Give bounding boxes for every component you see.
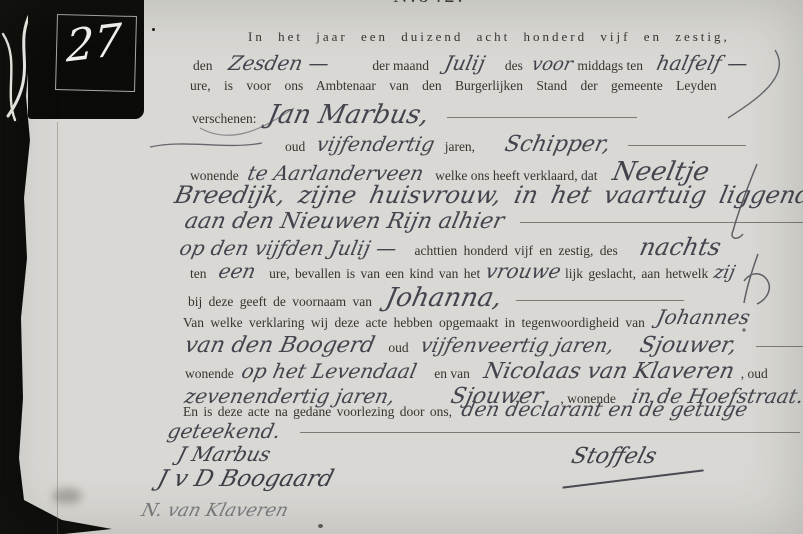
printed-jaren: jaren, [445, 139, 475, 154]
blank-fill-rule [447, 117, 637, 118]
hw-day: Zesden — [226, 52, 331, 74]
ink-dot-bottom [318, 524, 323, 528]
line-witnesses-intro: Van welke verklaring wij deze acte hebbe… [183, 309, 750, 332]
signature-declarant: J Marbus [175, 442, 274, 466]
printed-voorlezing: En is deze acte na gedane voorlezing doo… [183, 404, 452, 419]
printed-den: den [193, 58, 213, 73]
printed-middags-ten: middags ten [577, 58, 643, 73]
signature-witness-1: J v D Boogaard [155, 466, 337, 492]
ink-dot [152, 28, 155, 31]
hw-birth-day: op den vijfden Julij — [178, 237, 399, 259]
line-birth-hour-gender: ten een ure, bevallen is van een kind va… [190, 260, 735, 283]
printed-oud: oud [285, 139, 305, 154]
line-declarant-age: oud vijfendertig jaren, Schipper, [285, 133, 746, 157]
printed-oud3: , oud [741, 366, 768, 381]
act-number-block: 27 [28, 0, 144, 119]
printed-opening: In het jaar een duizend acht honderd vij… [248, 29, 730, 44]
line-registrar: ure, is voor ons Ambtenaar van den Burge… [190, 79, 717, 94]
page-fold-line [57, 122, 58, 534]
hw-declarant-getuige: den declarant en de getuige [460, 398, 750, 420]
flourish-voornaam-icon [744, 254, 769, 304]
line-closing: En is deze acte na gedane voorlezing doo… [183, 398, 748, 421]
hw-birthplace: aan den Nieuwen Rijn alhier [182, 210, 506, 234]
ink-smudge [52, 488, 82, 504]
hw-nachts: nachts [637, 234, 723, 260]
hw-witness1-surname: van den Boogerd [182, 334, 376, 358]
printed-ten: ten [190, 266, 207, 281]
blank-fill-rule [520, 222, 803, 223]
hw-voor: voor [530, 55, 575, 75]
clipped-page-number: N.842. [393, 0, 523, 8]
printed-des: des [505, 58, 523, 73]
blank-fill-rule [300, 432, 800, 433]
flourish-left-dash-icon [150, 143, 262, 147]
line-opening: In het jaar een duizend acht honderd vij… [248, 30, 730, 44]
line-date: den Zesden — der maand Julij des voor mi… [193, 52, 748, 75]
blank-fill-rule [628, 145, 746, 146]
line-declarant-name: verschenen: Jan Marbus, [192, 101, 637, 130]
line-geteekend: geteekend. [168, 420, 800, 443]
signature-registrar: Stoffels [569, 444, 660, 469]
printed-bevallen: ure, bevallen is van een kind van het [269, 266, 480, 281]
printed-verschenen: verschenen: [192, 111, 256, 126]
hw-witness1-occupation: Sjouwer, [637, 334, 738, 358]
hw-hour-of-birth: een [216, 260, 257, 282]
blank-fill-rule [516, 300, 684, 301]
line-birthplace: aan den Nieuwen Rijn alhier [185, 210, 803, 234]
printed-voornaam: bij deze geeft de voornaam van [188, 294, 372, 309]
signature-witness-2: N. van Klaveren [139, 500, 291, 521]
hw-geteekend: geteekend. [166, 420, 283, 442]
printed-geslacht: lijk geslacht, aan hetwelk [565, 266, 708, 281]
hw-declarant-name: Jan Marbus, [265, 101, 432, 130]
printed-registrar: ure, is voor ons Ambtenaar van den Burge… [190, 78, 717, 93]
printed-der-maand: der maand [372, 58, 429, 73]
blank-fill-rule [756, 346, 803, 347]
printed-en-van: en van [434, 366, 470, 381]
registrar-signature-underline [562, 469, 703, 488]
hw-month: Julij [443, 52, 488, 74]
printed-verklaring: Van welke verklaring wij deze acte hebbe… [183, 315, 645, 330]
line-mother: Breedijk, zijne huisvrouw, in het vaartu… [175, 182, 803, 208]
act-number: 27 [66, 14, 122, 72]
hw-witness1-age: vijfenveertig jaren, [418, 334, 616, 356]
hw-declarant-occupation: Schipper, [502, 133, 612, 157]
line-birthdate: op den vijfden Julij — achttien honderd … [180, 234, 720, 260]
printed-oud2: oud [388, 340, 408, 355]
hw-witness2-name: Nicolaas van Klaveren [481, 360, 736, 384]
hw-witness1-firstname: Johannes [655, 306, 752, 328]
hw-zij: zij [712, 263, 737, 283]
hw-mother-details: Breedijk, zijne huisvrouw, in het vaartu… [172, 182, 803, 208]
hw-witness1-residence: op het Levendaal [239, 360, 418, 382]
line-witness2: wonende op het Levendaal en van Nicolaas… [185, 360, 768, 384]
hw-gender: vrouwe [484, 260, 563, 282]
printed-wonende2: wonende [185, 366, 234, 381]
hw-declarant-age: vijfendertig [315, 133, 437, 155]
line-witness1: van den Boogerd oud vijfenveertig jaren,… [185, 334, 803, 358]
birth-record-scan: 27 N.842. In het jaar een duizend acht h… [0, 0, 803, 534]
hw-hour: halfelf — [655, 52, 750, 74]
printed-year: achttien honderd vijf en zestig, des [415, 243, 618, 258]
